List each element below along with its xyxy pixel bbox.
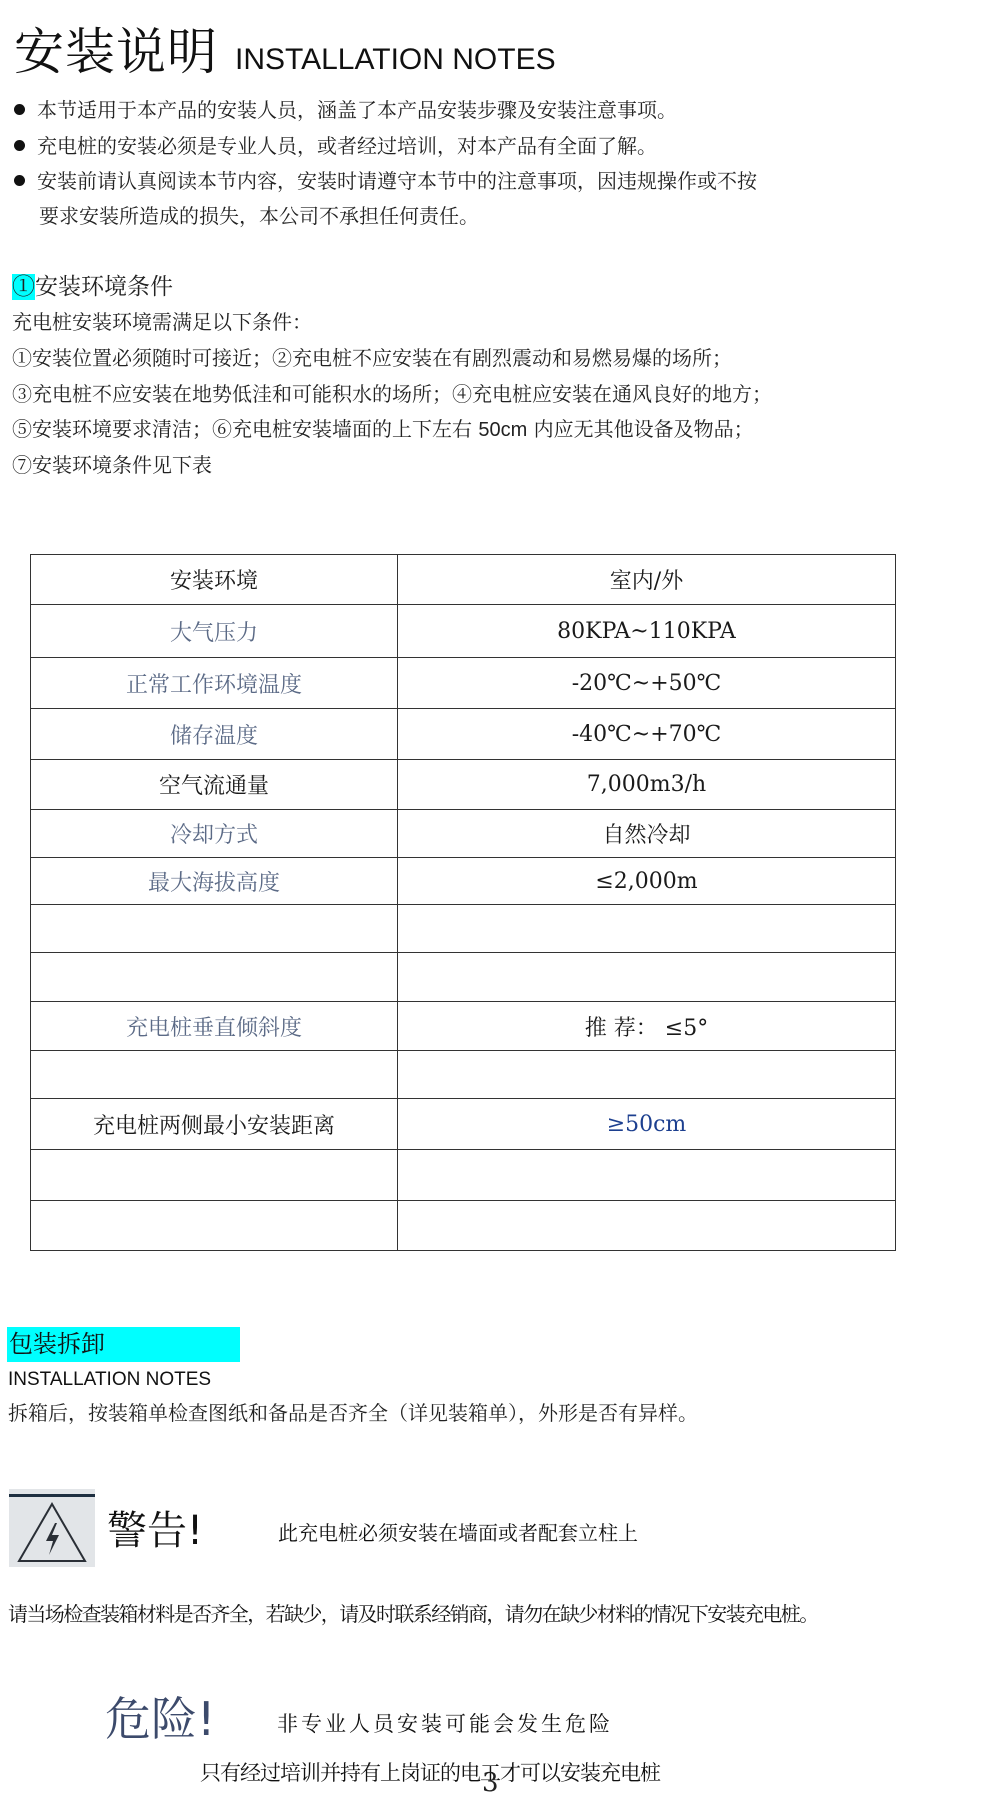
table-value-cell [398,1051,896,1099]
table-row-empty [31,1150,896,1201]
environment-condition-line: ①安装位置必须随时可接近；②充电桩不应安装在有剧烈震动和易燃易爆的场所； [12,345,732,371]
table-label-cell: 大气压力 [31,605,398,658]
table-value-cell: 80KPA~110KPA [398,605,896,658]
table-label-cell [31,905,398,953]
table-label-cell: 空气流通量 [31,760,398,810]
section-heading-environment: ①安装环境条件 [12,272,173,302]
intro-bullet: 充电桩的安装必须是专业人员，或者经过培训，对本产品有全面了解。 [14,133,657,159]
bullet-dot-icon [14,140,25,151]
table-row: 最大海拔高度 ≤2,000m [31,858,896,905]
table-header-cell: 室内/外 [398,555,896,605]
intro-bullet: 本节适用于本产品的安装人员，涵盖了本产品安装步骤及安装注意事项。 [14,97,677,123]
table-value-cell [398,1201,896,1251]
bullet-dot-icon [14,104,25,115]
table-value-cell [398,953,896,1002]
table-label-cell: 充电桩垂直倾斜度 [31,1002,398,1051]
table-row: 空气流通量 7,000m3/h [31,760,896,810]
environment-condition-line: ③充电桩不应安装在地势低洼和可能积水的场所；④充电桩应安装在通风良好的地方； [12,381,772,407]
table-row: 大气压力 80KPA~110KPA [31,605,896,658]
table-value-cell: 自然冷却 [398,810,896,858]
table-row-empty [31,953,896,1002]
danger-subtext: 只有经过培训并持有上岗证的电工才可以安装充电桩 [200,1759,660,1787]
table-value-cell: -40℃~+70℃ [398,709,896,760]
table-label-cell: 充电桩两侧最小安装距离 [31,1099,398,1150]
packaging-subheading: INSTALLATION NOTES [8,1368,211,1392]
warning-title: 警告! [107,1508,203,1554]
high-voltage-warning-icon [9,1489,95,1567]
table-row-empty [31,1051,896,1099]
environment-condition-line: ⑦安装环境条件见下表 [12,452,212,478]
table-row-empty [31,905,896,953]
bullet-dot-icon [14,175,25,186]
intro-bullet: 安装前请认真阅读本节内容，安装时请遵守本节中的注意事项，因违规操作或不按 [14,168,757,194]
check-materials-text: 请当场检查装箱材料是否齐全，若缺少，请及时联系经销商，请勿在缺少材料的情况下安装… [8,1600,818,1628]
page-title-en: INSTALLATION NOTES [235,42,556,78]
intro-bullet-continuation: 要求安装所造成的损失，本公司不承担任何责任。 [39,203,479,229]
table-row: 冷却方式 自然冷却 [31,810,896,858]
packaging-body: 拆箱后，按装箱单检查图纸和备品是否齐全（详见装箱单），外形是否有异样。 [8,1400,698,1426]
section-number-highlight: ① [12,274,35,300]
table-header-row: 安装环境 室内/外 [31,555,896,605]
table-label-cell [31,1150,398,1201]
table-label-cell: 正常工作环境温度 [31,658,398,709]
environment-lead: 充电桩安装环境需满足以下条件： [12,309,312,335]
table-value-cell: 7,000m3/h [398,760,896,810]
table-value-cell [398,905,896,953]
table-label-cell: 储存温度 [31,709,398,760]
warning-text: 此充电桩必须安装在墙面或者配套立柱上 [278,1520,638,1546]
section-heading-packaging: 包装拆卸 [7,1327,240,1362]
table-row: 充电桩两侧最小安装距离 ≥50cm [31,1099,896,1150]
table-label-cell [31,1051,398,1099]
table-value-cell: -20℃~+50℃ [398,658,896,709]
table-row-empty [31,1201,896,1251]
environment-table: 安装环境 室内/外 大气压力 80KPA~110KPA 正常工作环境温度 -20… [30,554,896,1251]
environment-condition-line: ⑤安装环境要求清洁；⑥充电桩安装墙面的上下左右 50cm 内应无其他设备及物品； [12,416,754,443]
table-value-cell: ≤2,000m [398,858,896,905]
table-row: 正常工作环境温度 -20℃~+50℃ [31,658,896,709]
table-row: 充电桩垂直倾斜度 推 荐： ≤5° [31,1002,896,1051]
table-value-cell: 推 荐： ≤5° [398,1002,896,1051]
table-value-cell: ≥50cm [398,1099,896,1150]
table-label-cell [31,953,398,1002]
page-title-cn: 安装说明 [14,22,218,82]
table-label-cell: 冷却方式 [31,810,398,858]
table-label-cell: 最大海拔高度 [31,858,398,905]
danger-text: 非专业人员安装可能会发生危险 [277,1710,613,1738]
lightning-triangle-icon [9,1489,95,1567]
page-number: 3 [482,1768,499,1798]
table-row: 储存温度 -40℃~+70℃ [31,709,896,760]
table-header-cell: 安装环境 [31,555,398,605]
table-value-cell [398,1150,896,1201]
table-label-cell [31,1201,398,1251]
danger-title: 危险! [105,1692,215,1746]
